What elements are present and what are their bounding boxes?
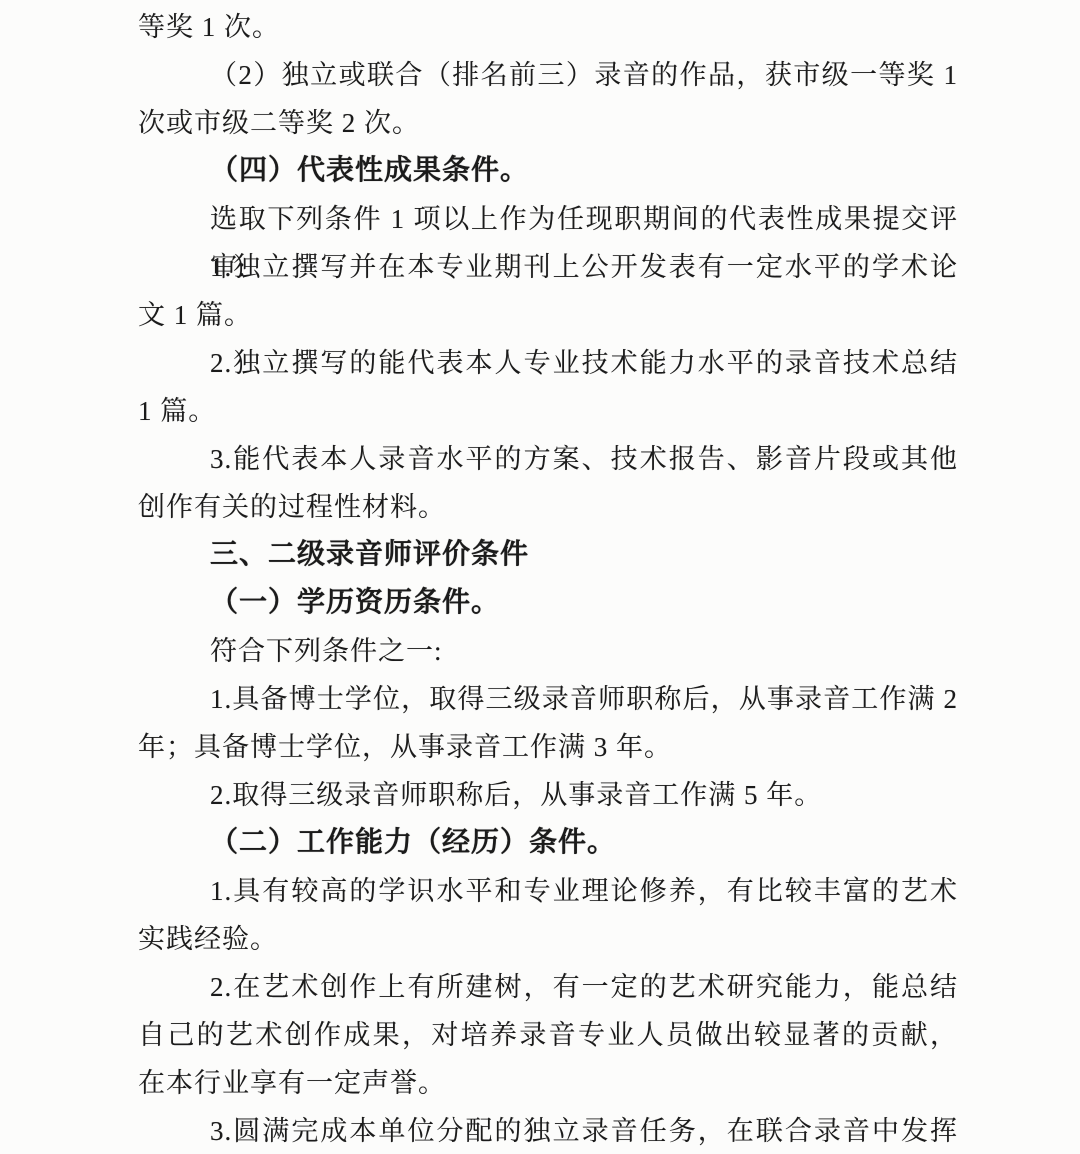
text-line: 2.取得三级录音师职称后，从事录音工作满 5 年。 (138, 771, 958, 819)
text-line: 2.在艺术创作上有所建树，有一定的艺术研究能力，能总结 (138, 963, 958, 1011)
text-line: 创作有关的过程性材料。 (138, 483, 958, 531)
text-line: （2）独立或联合（排名前三）录音的作品，获市级一等奖 1 (138, 51, 958, 99)
document-content: 等奖 1 次。（2）独立或联合（排名前三）录音的作品，获市级一等奖 1次或市级二… (0, 0, 958, 1154)
document-page: 等奖 1 次。（2）独立或联合（排名前三）录音的作品，获市级一等奖 1次或市级二… (0, 0, 1080, 1154)
heading-line: （一）学历资历条件。 (138, 579, 958, 627)
text-line: 选取下列条件 1 项以上作为任现职期间的代表性成果提交评审: (138, 195, 958, 243)
text-line: 符合下列条件之一: (138, 627, 958, 675)
heading-line: （四）代表性成果条件。 (138, 147, 958, 195)
heading-line: （二）工作能力（经历）条件。 (138, 819, 958, 867)
text-line: 1.独立撰写并在本专业期刊上公开发表有一定水平的学术论 (138, 243, 958, 291)
text-line: 3.圆满完成本单位分配的独立录音任务，在联合录音中发挥 (138, 1107, 958, 1154)
heading-line: 三、二级录音师评价条件 (138, 531, 958, 579)
text-line: 2.独立撰写的能代表本人专业技术能力水平的录音技术总结 (138, 339, 958, 387)
text-line: 3.能代表本人录音水平的方案、技术报告、影音片段或其他 (138, 435, 958, 483)
text-line: 等奖 1 次。 (138, 3, 958, 51)
text-line: 在本行业享有一定声誉。 (138, 1059, 958, 1107)
text-line: 1.具有较高的学识水平和专业理论修养，有比较丰富的艺术 (138, 867, 958, 915)
text-line: 1 篇。 (138, 387, 958, 435)
text-line: 自己的艺术创作成果，对培养录音专业人员做出较显著的贡献， (138, 1011, 958, 1059)
text-line: 文 1 篇。 (138, 291, 958, 339)
text-line: 年；具备博士学位，从事录音工作满 3 年。 (138, 723, 958, 771)
text-line: 实践经验。 (138, 915, 958, 963)
text-line: 次或市级二等奖 2 次。 (138, 99, 958, 147)
text-line: 1.具备博士学位，取得三级录音师职称后，从事录音工作满 2 (138, 675, 958, 723)
